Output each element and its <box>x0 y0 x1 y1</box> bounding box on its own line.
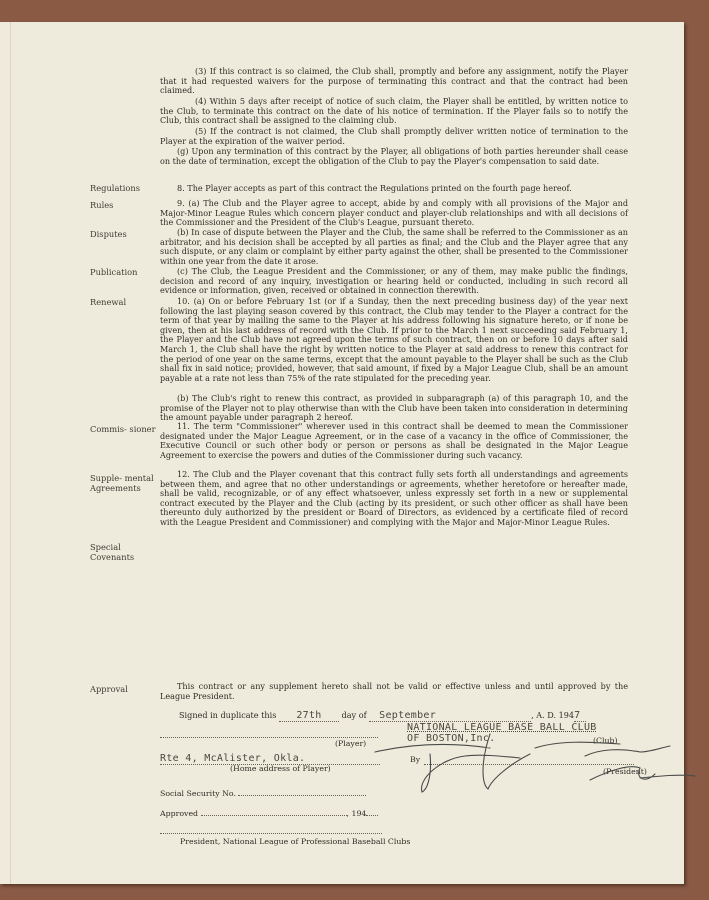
paragraph-10a: 10. (a) On or before February 1st (or if… <box>160 297 628 383</box>
paragraph-6g: (g) Upon any termination of this contrac… <box>160 147 628 166</box>
margin-label-commissioner: Commis- sioner <box>90 425 160 435</box>
margin-label-supplemental: Supple- mental Agreements <box>90 474 160 493</box>
margin-label-renewal: Renewal <box>90 298 160 308</box>
signed-year-field[interactable]: 7 <box>574 710 586 722</box>
margin-label-publication: Publication <box>90 268 160 278</box>
margin-label-special-covenants: Special Covenants <box>90 543 145 562</box>
paragraph-8: 8. The Player accepts as part of this co… <box>160 184 628 194</box>
paragraph-12: 12. The Club and the Player covenant tha… <box>160 470 628 528</box>
approved-year-label: , 194 <box>347 809 367 818</box>
margin-label-rules: Rules <box>90 201 160 211</box>
league-president-label: President, National League of Profession… <box>180 837 410 846</box>
player-label: (Player) <box>335 739 366 748</box>
president-signature-scrawl <box>370 734 680 814</box>
league-president-signature-field[interactable] <box>160 824 382 834</box>
approved-row: Approved , 194 <box>160 808 378 818</box>
contract-page: (3) If this contract is so claimed, the … <box>0 22 684 884</box>
approved-label: Approved <box>160 809 198 818</box>
home-address-label: (Home address of Player) <box>230 764 331 773</box>
signed-month-field[interactable]: September <box>369 710 531 722</box>
approved-year-field[interactable] <box>366 808 378 816</box>
paragraph-9b: (b) In case of dispute between the Playe… <box>160 228 628 266</box>
signed-prefix: Signed in duplicate this <box>179 710 276 720</box>
paragraph-6f4: (4) Within 5 days after receipt of notic… <box>160 97 628 126</box>
margin-label-disputes: Disputes <box>90 230 160 240</box>
paragraph-10b: (b) The Club's right to renew this contr… <box>160 394 628 423</box>
paragraph-6f5: (5) If the contract is not claimed, the … <box>160 127 628 146</box>
social-security-row: Social Security No. <box>160 788 366 798</box>
player-signature-field[interactable] <box>160 727 378 738</box>
margin-label-regulations: Regulations <box>90 184 160 194</box>
social-security-field[interactable] <box>238 788 366 796</box>
approved-date-field[interactable] <box>201 808 347 816</box>
paragraph-9c: (c) The Club, the League President and t… <box>160 267 628 296</box>
paragraph-9a: 9. (a) The Club and the Player agree to … <box>160 199 628 228</box>
day-of-label: day of <box>342 710 367 720</box>
social-security-label: Social Security No. <box>160 789 236 798</box>
paragraph-6f3: (3) If this contract is so claimed, the … <box>160 67 628 96</box>
signed-day-field[interactable]: 27th <box>279 710 339 722</box>
approval-text: This contract or any supplement hereto s… <box>160 682 628 701</box>
club-name-line1: NATIONAL LEAGUE BASE BALL CLUB <box>407 722 597 733</box>
paragraph-11: 11. The term "Commissioner" wherever use… <box>160 422 628 460</box>
signed-line: Signed in duplicate this 27th day of Sep… <box>179 710 586 722</box>
ad-label: , A. D. 194 <box>531 710 574 720</box>
margin-label-approval: Approval <box>90 685 160 695</box>
